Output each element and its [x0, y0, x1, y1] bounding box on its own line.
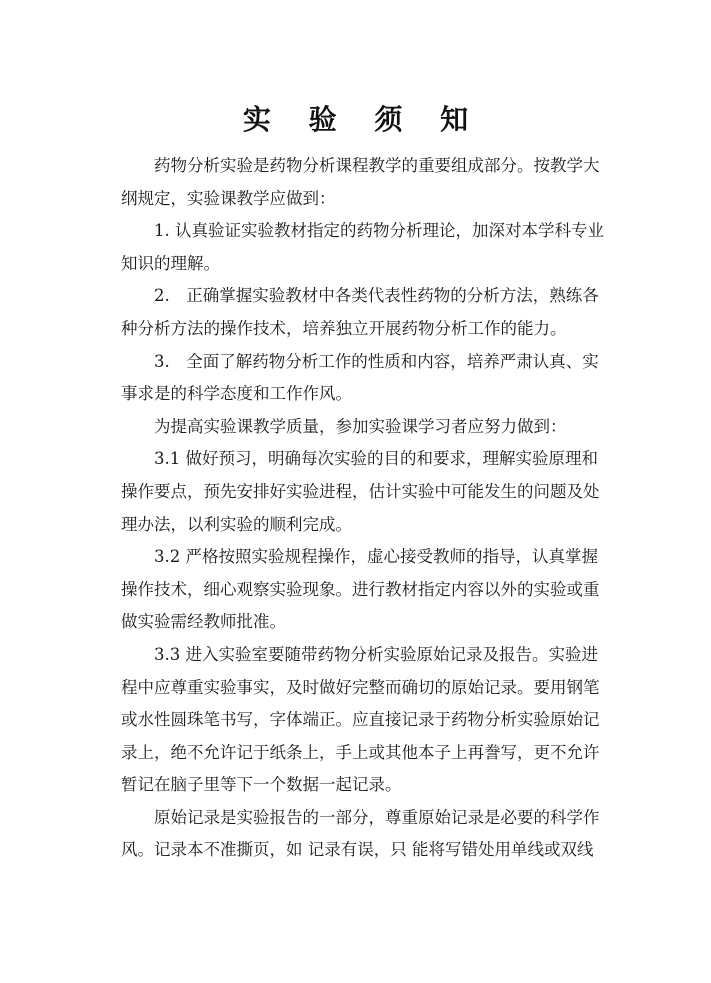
text-line: 2. 正确掌握实验教材中各类代表性药物的分析方法，熟练各: [121, 280, 587, 313]
text-line: 程中应尊重实验事实，及时做好完整而确切的原始记录。要用钢笔: [121, 672, 587, 705]
document-body: 药物分析实验是药物分析课程教学的重要组成部分。按教学大 纲规定，实验课教学应做到…: [121, 150, 587, 867]
text-line: 3.1 做好预习，明确每次实验的目的和要求，理解实验原理和: [121, 443, 587, 476]
paragraph-requirements-intro: 为提高实验课教学质量，参加实验课学习者应努力做到：: [121, 411, 587, 444]
text-line: 理办法，以利实验的顺利完成。: [121, 509, 587, 542]
text-line: 风。记录本不准撕页，如 记录有误，只 能将写错处用单线或双线: [121, 834, 587, 867]
text-line: 3. 全面了解药物分析工作的性质和内容，培养严肃认真、实: [121, 346, 587, 379]
text-line: 1. 认真验证实验教材指定的药物分析理论，加深对本学科专业: [121, 215, 587, 248]
text-line: 知识的理解。: [121, 248, 587, 281]
page-title: 实 验 须 知: [0, 98, 711, 138]
text-line: 做实验需经教师批准。: [121, 606, 587, 639]
paragraph-item-3-2: 3.2 严格按照实验规程操作，虚心接受教师的指导，认真掌握 操作技术，细心观察实…: [121, 541, 587, 639]
paragraph-item-3-1: 3.1 做好预习，明确每次实验的目的和要求，理解实验原理和 操作要点，预先安排好…: [121, 443, 587, 541]
text-line: 原始记录是实验报告的一部分，尊重原始记录是必要的科学作: [121, 802, 587, 835]
paragraph-item-1: 1. 认真验证实验教材指定的药物分析理论，加深对本学科专业 知识的理解。: [121, 215, 587, 280]
text-line: 暂记在脑子里等下一个数据一起记录。: [121, 769, 587, 802]
text-line: 3.2 严格按照实验规程操作，虚心接受教师的指导，认真掌握: [121, 541, 587, 574]
text-line: 录上，绝不允许记于纸条上，手上或其他本子上再誊写，更不允许: [121, 737, 587, 770]
text-line: 药物分析实验是药物分析课程教学的重要组成部分。按教学大: [121, 150, 587, 183]
text-line: 操作技术，细心观察实验现象。进行教材指定内容以外的实验或重: [121, 574, 587, 607]
text-line: 为提高实验课教学质量，参加实验课学习者应努力做到：: [121, 411, 587, 444]
paragraph-original-records: 原始记录是实验报告的一部分，尊重原始记录是必要的科学作 风。记录本不准撕页，如 …: [121, 802, 587, 867]
paragraph-item-2: 2. 正确掌握实验教材中各类代表性药物的分析方法，熟练各 种分析方法的操作技术，…: [121, 280, 587, 345]
text-line: 3.3 进入实验室要随带药物分析实验原始记录及报告。实验进: [121, 639, 587, 672]
document-page: 实 验 须 知 药物分析实验是药物分析课程教学的重要组成部分。按教学大 纲规定，…: [0, 0, 711, 983]
text-line: 或水性圆珠笔书写，字体端正。应直接记录于药物分析实验原始记: [121, 704, 587, 737]
paragraph-item-3-3: 3.3 进入实验室要随带药物分析实验原始记录及报告。实验进 程中应尊重实验事实，…: [121, 639, 587, 802]
paragraph-intro: 药物分析实验是药物分析课程教学的重要组成部分。按教学大 纲规定，实验课教学应做到…: [121, 150, 587, 215]
paragraph-item-3: 3. 全面了解药物分析工作的性质和内容，培养严肃认真、实 事求是的科学态度和工作…: [121, 346, 587, 411]
text-line: 事求是的科学态度和工作作风。: [121, 378, 587, 411]
text-line: 操作要点，预先安排好实验进程，估计实验中可能发生的问题及处: [121, 476, 587, 509]
text-line: 种分析方法的操作技术，培养独立开展药物分析工作的能力。: [121, 313, 587, 346]
text-line: 纲规定，实验课教学应做到：: [121, 183, 587, 216]
